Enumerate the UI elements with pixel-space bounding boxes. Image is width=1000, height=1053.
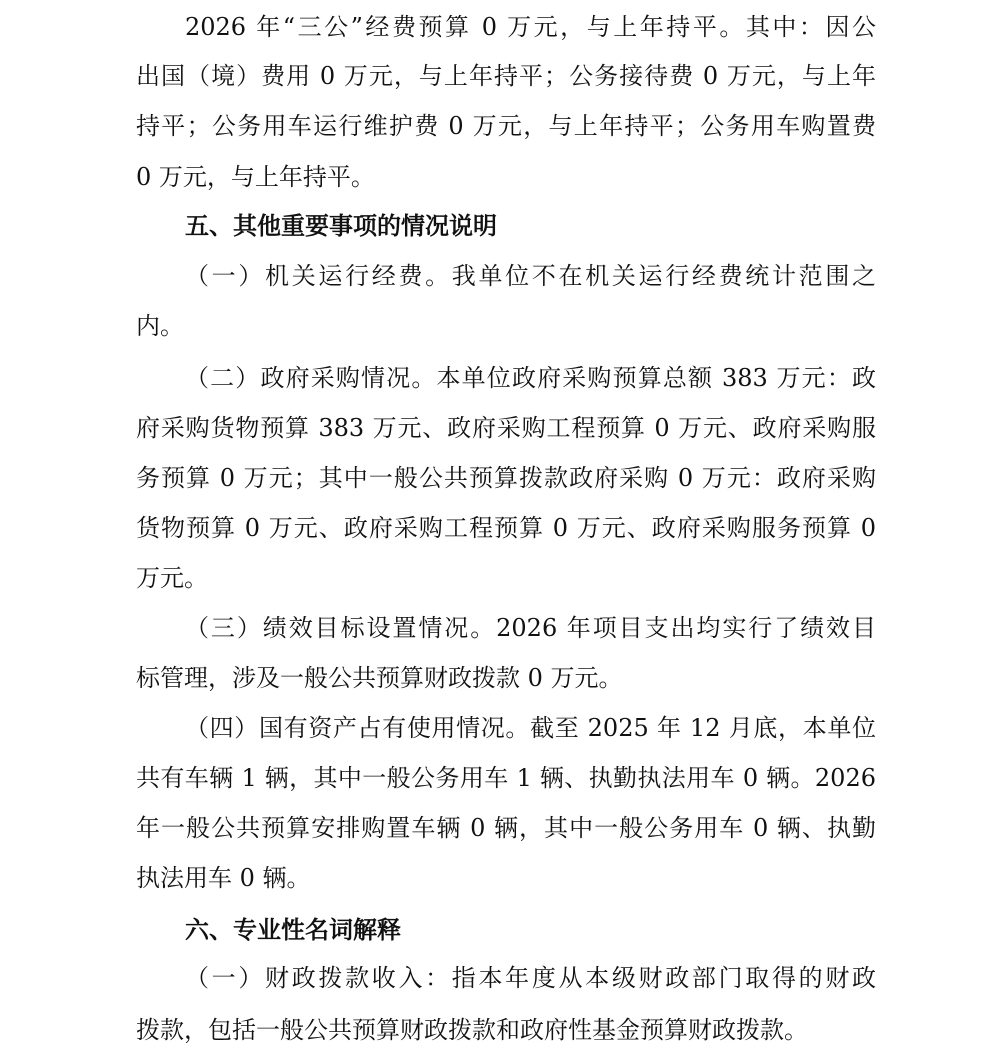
paragraph-line: 出国（境）费用 0 万元，与上年持平；公务接待费 0 万元，与上年 <box>136 51 876 101</box>
paragraph-line: （一）财政拨款收入：指本年度从本级财政部门取得的财政 <box>185 953 876 1003</box>
paragraph-line: 拨款，包括一般公共预算财政拨款和政府性基金预算财政拨款。 <box>136 1005 876 1053</box>
paragraph-line: 0 万元，与上年持平。 <box>136 152 876 202</box>
paragraph-line: （一）机关运行经费。我单位不在机关运行经费统计范围之 <box>185 251 876 301</box>
section-six-heading: 六、专业性名词解释 <box>185 905 876 955</box>
paragraph-line: 执法用车 0 辆。 <box>136 853 876 903</box>
paragraph-line: 年一般公共预算安排购置车辆 0 辆，其中一般公务用车 0 辆、执勤 <box>136 803 876 853</box>
paragraph-line: 万元。 <box>136 553 876 603</box>
paragraph-line: 货物预算 0 万元、政府采购工程预算 0 万元、政府采购服务预算 0 <box>136 503 876 553</box>
paragraph-line: （二）政府采购情况。本单位政府采购预算总额 383 万元：政 <box>185 353 876 403</box>
paragraph-line: 府采购货物预算 383 万元、政府采购工程预算 0 万元、政府采购服 <box>136 403 876 453</box>
paragraph-line: （四）国有资产占有使用情况。截至 2025 年 12 月底，本单位 <box>185 703 876 753</box>
paragraph-line: 共有车辆 1 辆，其中一般公务用车 1 辆、执勤执法用车 0 辆。2026 <box>136 753 876 803</box>
paragraph-line: 2026 年“三公”经费预算 0 万元，与上年持平。其中：因公 <box>185 2 876 52</box>
section-five-heading: 五、其他重要事项的情况说明 <box>185 201 876 251</box>
paragraph-line: 持平；公务用车运行维护费 0 万元，与上年持平；公务用车购置费 <box>136 101 876 151</box>
paragraph-line: 标管理，涉及一般公共预算财政拨款 0 万元。 <box>136 653 876 703</box>
paragraph-line: 内。 <box>136 301 876 351</box>
paragraph-line: （三）绩效目标设置情况。2026 年项目支出均实行了绩效目 <box>185 603 876 653</box>
paragraph-line: 务预算 0 万元；其中一般公共预算拨款政府采购 0 万元：政府采购 <box>136 453 876 503</box>
